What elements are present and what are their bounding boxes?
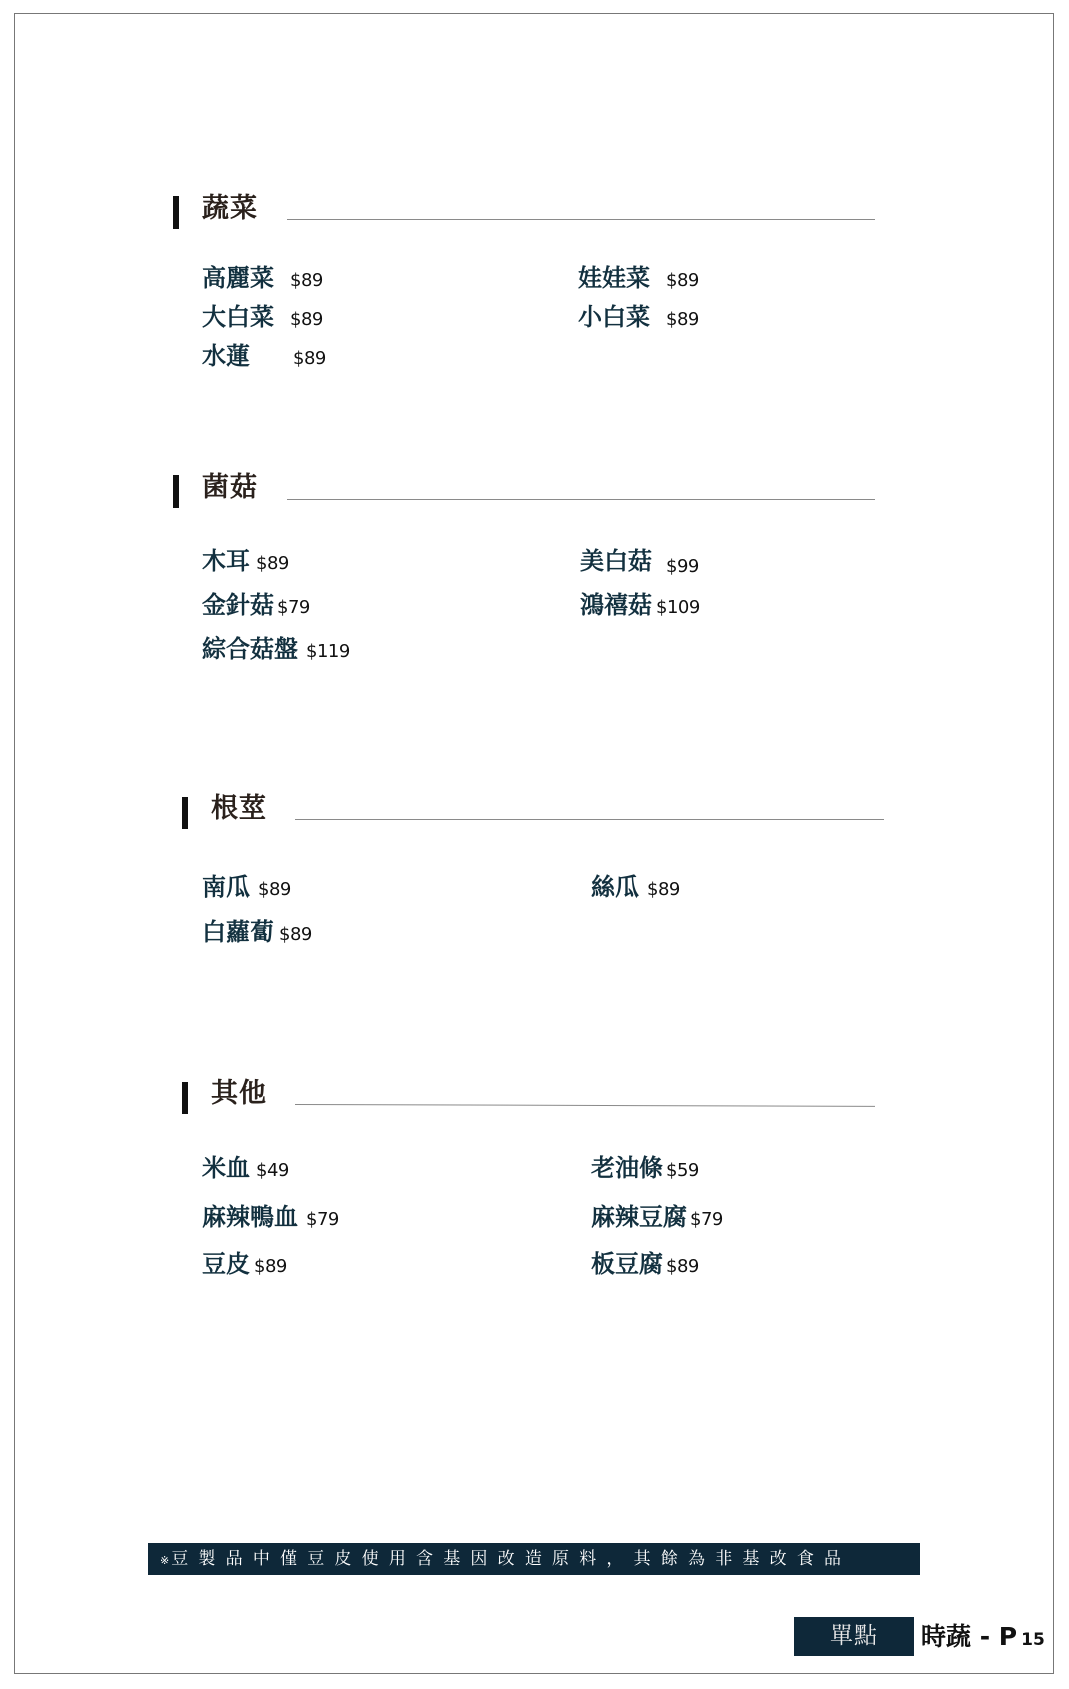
item-price: $89	[290, 270, 323, 291]
item-name: 麻辣鴨血	[202, 1203, 298, 1231]
item-name: 麻辣豆腐	[591, 1203, 687, 1231]
section-marker-bar	[182, 1082, 188, 1114]
page-frame	[14, 13, 1054, 1674]
item-price: $89	[293, 348, 326, 369]
item-name: 金針菇	[202, 591, 274, 619]
menu-item: 南瓜$89	[202, 875, 291, 899]
item-price: $79	[277, 597, 310, 618]
menu-item: 老油條$59	[591, 1156, 699, 1180]
item-name: 小白菜	[578, 303, 650, 331]
item-price: $89	[258, 879, 291, 900]
item-price: $59	[666, 1160, 699, 1181]
section-divider	[287, 499, 875, 500]
item-price: $79	[690, 1209, 723, 1230]
item-name: 米血	[202, 1154, 250, 1182]
menu-item: 白蘿蔔$89	[202, 920, 312, 944]
menu-item: 金針菇$79	[202, 593, 310, 617]
section-title: 其他	[211, 1080, 267, 1107]
menu-item: 美白菇$99	[580, 549, 699, 573]
reference-mark-icon: ※	[160, 1554, 171, 1567]
menu-item: 木耳$89	[202, 549, 289, 573]
section-divider	[287, 219, 875, 220]
footer-category-label: 單點	[794, 1617, 914, 1656]
menu-item: 板豆腐$89	[591, 1252, 699, 1276]
menu-item: 綜合菇盤$119	[202, 637, 350, 661]
item-price: $89	[279, 924, 312, 945]
gmo-notice-bar: ※豆製品中僅豆皮使用含基因改造原料，其餘為非基改食品	[148, 1543, 920, 1575]
item-name: 老油條	[591, 1154, 663, 1182]
item-name: 木耳	[202, 547, 250, 575]
item-price: $79	[306, 1209, 339, 1230]
item-price: $89	[666, 270, 699, 291]
item-name: 大白菜	[202, 303, 274, 331]
item-name: 南瓜	[202, 873, 250, 901]
menu-item: 小白菜$89	[578, 305, 699, 329]
item-price: $119	[306, 641, 350, 662]
menu-item: 水蓮$89	[202, 344, 326, 368]
gmo-notice-text: 豆製品中僅豆皮使用含基因改造原料，其餘為非基改食品	[171, 1549, 851, 1569]
menu-item: 米血$49	[202, 1156, 289, 1180]
item-name: 白蘿蔔	[202, 918, 274, 946]
item-price: $89	[647, 879, 680, 900]
menu-item: 高麗菜$89	[202, 266, 323, 290]
section-title: 根莖	[211, 795, 267, 822]
section-marker-bar	[182, 797, 188, 829]
section-title: 蔬菜	[202, 195, 258, 222]
item-name: 綜合菇盤	[202, 635, 298, 663]
item-price: $99	[666, 556, 699, 577]
item-name: 鴻禧菇	[580, 591, 652, 619]
menu-item: 娃娃菜$89	[578, 266, 699, 290]
item-price: $89	[254, 1256, 287, 1277]
menu-item: 豆皮$89	[202, 1252, 287, 1276]
menu-item: 麻辣豆腐$79	[591, 1205, 723, 1229]
item-price: $89	[290, 309, 323, 330]
item-name: 美白菇	[580, 547, 652, 575]
menu-item: 絲瓜$89	[591, 875, 680, 899]
section-marker-bar	[173, 196, 179, 229]
item-name: 水蓮	[202, 344, 281, 368]
item-price: $109	[656, 597, 700, 618]
section-title: 菌菇	[202, 474, 258, 501]
item-name: 絲瓜	[591, 873, 639, 901]
footer-page-number: 15	[1021, 1630, 1045, 1650]
menu-item: 鴻禧菇$109	[580, 593, 700, 617]
item-price: $89	[666, 1256, 699, 1277]
item-name: 板豆腐	[591, 1250, 663, 1278]
item-price: $89	[256, 553, 289, 574]
section-marker-bar	[173, 475, 179, 508]
menu-item: 大白菜$89	[202, 305, 323, 329]
menu-item: 麻辣鴨血$79	[202, 1205, 339, 1229]
item-name: 娃娃菜	[578, 264, 650, 292]
item-price: $49	[256, 1160, 289, 1181]
item-price: $89	[666, 309, 699, 330]
section-divider	[295, 819, 884, 820]
footer-page-label: 時蔬 - P	[921, 1622, 1017, 1651]
footer-page-indicator: 時蔬 - P15	[921, 1621, 1045, 1656]
item-name: 高麗菜	[202, 264, 274, 292]
item-name: 豆皮	[202, 1250, 250, 1278]
